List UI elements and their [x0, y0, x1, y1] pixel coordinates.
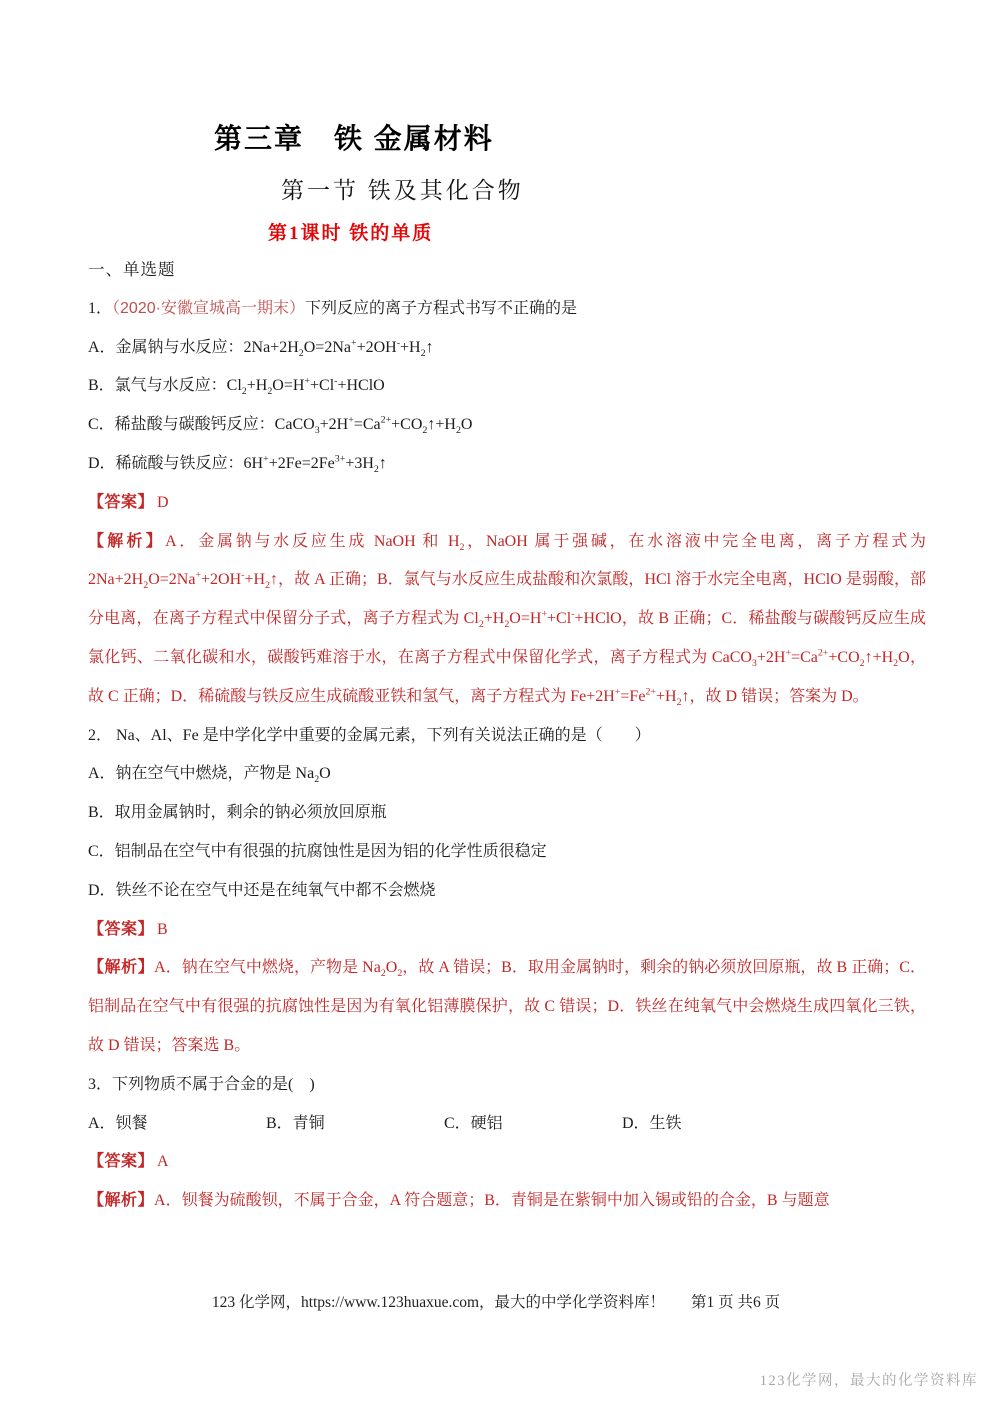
question-2: 2． Na、Al、Fe 是中学化学中重要的金属元素，下列有关说法正确的是（ ） …: [88, 717, 926, 1066]
chapter-title: 第三章 铁 金属材料: [214, 0, 992, 156]
question-3-analysis: 【解析】A．钡餐为硫酸钡，不属于合金，A 符合题意；B．青铜是在紫铜中加入锡或铅…: [88, 1182, 926, 1221]
question-3-option-d: D．生铁: [622, 1105, 682, 1144]
question-3-option-a: A．钡餐: [88, 1105, 266, 1144]
section-title: 第一节 铁及其化合物: [281, 176, 992, 206]
analysis-label: 【解析】: [88, 1192, 154, 1209]
lesson-title: 第1课时 铁的单质: [268, 221, 992, 246]
question-1-text: 下列反应的离子方程式书写不正确的是: [305, 300, 577, 317]
question-3-text: 下列物质不属于合金的是( ): [112, 1076, 315, 1093]
question-3-number: 3．: [88, 1076, 112, 1093]
question-2-answer: 【答案】B: [88, 911, 926, 950]
question-3-option-b: B．青铜: [266, 1105, 444, 1144]
question-1-option-d: D．稀硫酸与铁反应：6H++2Fe=2Fe3++3H2↑: [88, 445, 926, 484]
footer-page-number: 第1 页 共6 页: [691, 1292, 780, 1314]
answer-value: A: [157, 1153, 169, 1170]
part-heading: 一、单选题: [88, 251, 926, 290]
question-3-options: A．钡餐 B．青铜 C．硬铝 D．生铁: [88, 1105, 926, 1144]
question-1: 1．（2020·安徽宣城高一期末）下列反应的离子方程式书写不正确的是 A．金属钠…: [88, 290, 926, 717]
question-1-analysis: 【解析】A．金属钠与水反应生成 NaOH 和 H2，NaOH 属于强碱，在水溶液…: [88, 523, 926, 717]
question-1-source: （2020·安徽宣城高一期末）: [112, 300, 305, 317]
analysis-text: A．钡餐为硫酸钡，不属于合金，A 符合题意；B．青铜是在紫铜中加入锡或铅的合金，…: [154, 1192, 830, 1209]
question-2-option-b: B．取用金属钠时，剩余的钠必须放回原瓶: [88, 794, 926, 833]
question-2-option-c: C．铝制品在空气中有很强的抗腐蚀性是因为铝的化学性质很稳定: [88, 833, 926, 872]
analysis-label: 【解析】: [88, 533, 165, 550]
analysis-label: 【解析】: [88, 959, 154, 976]
analysis-text: A．金属钠与水反应生成 NaOH 和 H2，NaOH 属于强碱，在水溶液中完全电…: [88, 533, 926, 705]
question-2-text: Na、Al、Fe 是中学化学中重要的金属元素，下列有关说法正确的是（ ）: [112, 727, 651, 744]
answer-value: D: [157, 494, 169, 511]
watermark: 123化学网，最大的化学资料库: [760, 1369, 978, 1390]
question-2-option-a: A．钠在空气中燃烧，产物是 Na2O: [88, 755, 926, 794]
question-1-stem: 1．（2020·安徽宣城高一期末）下列反应的离子方程式书写不正确的是: [88, 290, 926, 329]
question-1-answer: 【答案】D: [88, 484, 926, 523]
question-1-number: 1．: [88, 300, 112, 317]
question-3-answer: 【答案】A: [88, 1143, 926, 1182]
question-1-option-c: C．稀盐酸与碳酸钙反应：CaCO3+2H+=Ca2++CO2↑+H2O: [88, 406, 926, 445]
answer-label: 【答案】: [88, 494, 154, 511]
footer-site-text: 123 化学网，https://www.123huaxue.com，最大的中学化…: [212, 1292, 665, 1314]
question-1-option-b: B．氯气与水反应：Cl2+H2O=H++Cl-+HClO: [88, 367, 926, 406]
question-3-stem: 3．下列物质不属于合金的是( ): [88, 1066, 926, 1105]
question-3-option-c: C．硬铝: [444, 1105, 622, 1144]
answer-value: B: [157, 921, 168, 938]
question-2-number: 2．: [88, 727, 112, 744]
question-2-stem: 2． Na、Al、Fe 是中学化学中重要的金属元素，下列有关说法正确的是（ ）: [88, 717, 926, 756]
question-1-option-a: A．金属钠与水反应：2Na+2H2O=2Na++2OH-+H2↑: [88, 329, 926, 368]
answer-label: 【答案】: [88, 1153, 154, 1170]
document-body: 一、单选题 1．（2020·安徽宣城高一期末）下列反应的离子方程式书写不正确的是…: [0, 251, 992, 1221]
page-footer: 123 化学网，https://www.123huaxue.com，最大的中学化…: [0, 1292, 992, 1314]
document-header: 第三章 铁 金属材料 第一节 铁及其化合物 第1课时 铁的单质: [0, 0, 992, 246]
question-2-analysis: 【解析】A．钠在空气中燃烧，产物是 Na2O2，故 A 错误；B．取用金属钠时，…: [88, 949, 926, 1065]
analysis-text: A．钠在空气中燃烧，产物是 Na2O2，故 A 错误；B．取用金属钠时，剩余的钠…: [88, 959, 926, 1054]
question-2-option-d: D．铁丝不论在空气中还是在纯氧气中都不会燃烧: [88, 872, 926, 911]
answer-label: 【答案】: [88, 921, 154, 938]
document-page: 第三章 铁 金属材料 第一节 铁及其化合物 第1课时 铁的单质 一、单选题 1．…: [0, 0, 992, 1403]
question-3: 3．下列物质不属于合金的是( ) A．钡餐 B．青铜 C．硬铝 D．生铁 【答案…: [88, 1066, 926, 1221]
